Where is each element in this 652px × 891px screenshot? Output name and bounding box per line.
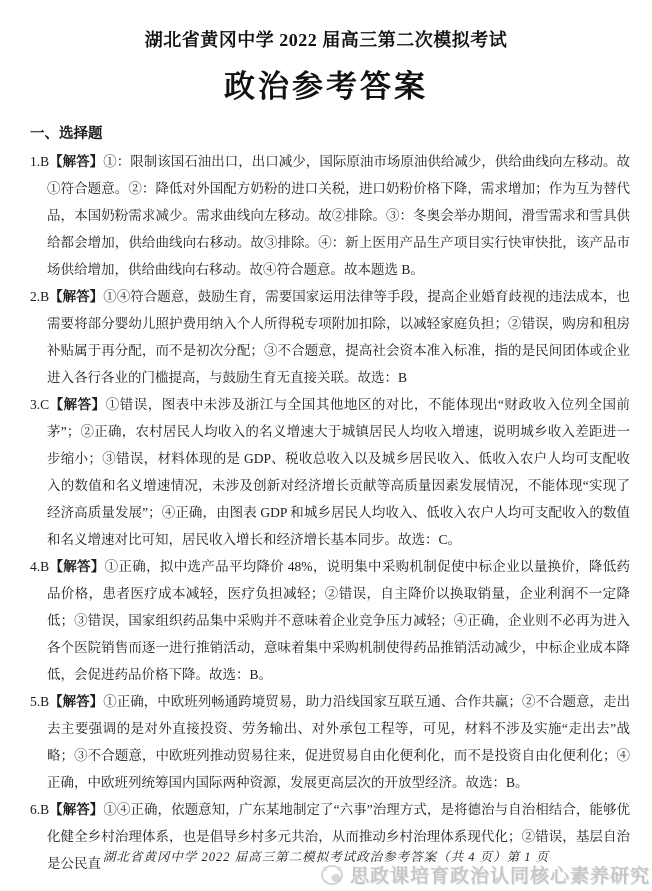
jieda-marker: 【解答】 — [49, 559, 105, 574]
answers-list: 1.B【解答】①：限制该国石油出口，出口减少，国际原油市场原油供给减少，供给曲线… — [30, 148, 630, 877]
exam-title: 湖北省黄冈中学 2022 届高三第二次模拟考试 — [0, 26, 652, 52]
document-page: 湖北省黄冈中学 2022 届高三第二次模拟考试 政治参考答案 一、选择题 1.B… — [0, 0, 652, 891]
answer-text: ①正确，拟中选产品平均降价 48%，说明集中采购机制促使中标企业以量换价，降低药… — [47, 559, 630, 682]
section-heading-multiple-choice: 一、选择题 — [30, 122, 652, 143]
answer-text: ①正确，中欧班列畅通跨境贸易，助力沿线国家互联互通、合作共赢；②不合题意，走出去… — [47, 694, 630, 790]
jieda-marker: 【解答】 — [49, 694, 103, 709]
answer-sheet-title: 政治参考答案 — [0, 61, 652, 106]
watermark: 思政课培育政治认同核心素养研究 — [319, 861, 650, 888]
jieda-marker: 【解答】 — [49, 289, 103, 304]
answer-text: ①错误，图表中未涉及浙江与全国其他地区的对比，不能体现出“财政收入位列全国前茅”… — [47, 397, 630, 547]
answer-number: 2.B — [30, 289, 49, 304]
answer-item-5: 5.B【解答】①正确，中欧班列畅通跨境贸易，助力沿线国家互联互通、合作共赢；②不… — [30, 688, 630, 796]
watermark-text: 思政课培育政治认同核心素养研究 — [350, 861, 650, 888]
jieda-marker: 【解答】 — [49, 802, 103, 817]
answer-number: 3.C — [30, 397, 49, 412]
answer-text: ①④符合题意，鼓励生育，需要国家运用法律等手段，提高企业婚育歧视的违法成本，也需… — [47, 289, 630, 385]
answer-item-4: 4.B【解答】①正确，拟中选产品平均降价 48%，说明集中采购机制促使中标企业以… — [30, 553, 630, 688]
document-header: 湖北省黄冈中学 2022 届高三第二次模拟考试 政治参考答案 — [0, 0, 652, 106]
jieda-marker: 【解答】 — [49, 397, 106, 412]
answer-text: ①：限制该国石油出口，出口减少，国际原油市场原油供给减少，供给曲线向左移动。故①… — [47, 154, 630, 277]
answer-number: 4.B — [30, 559, 49, 574]
watermark-seal-icon — [319, 863, 345, 887]
answer-item-3: 3.C【解答】①错误，图表中未涉及浙江与全国其他地区的对比，不能体现出“财政收入… — [30, 391, 630, 553]
jieda-marker: 【解答】 — [49, 154, 103, 169]
answer-item-2: 2.B【解答】①④符合题意，鼓励生育，需要国家运用法律等手段，提高企业婚育歧视的… — [30, 283, 630, 391]
answer-number: 5.B — [30, 694, 49, 709]
answer-number: 1.B — [30, 154, 49, 169]
answer-number: 6.B — [30, 802, 49, 817]
answer-item-1: 1.B【解答】①：限制该国石油出口，出口减少，国际原油市场原油供给减少，供给曲线… — [30, 148, 630, 283]
